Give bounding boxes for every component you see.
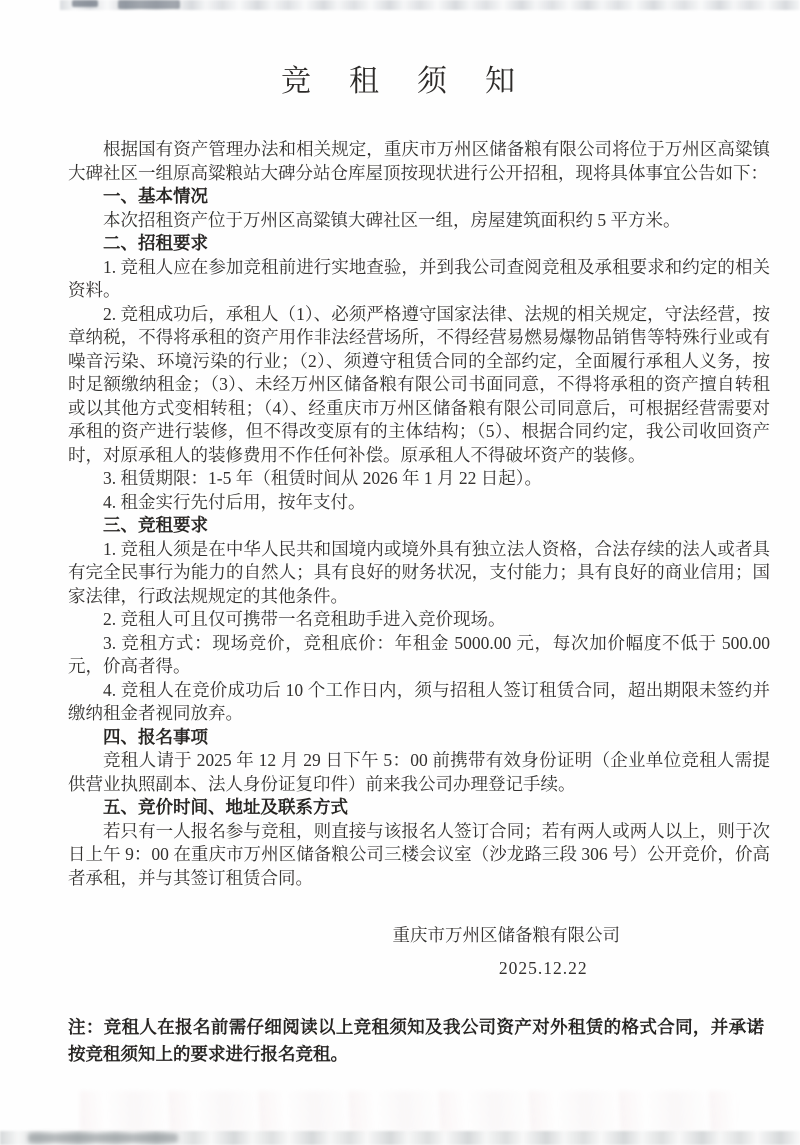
section-1-paragraph: 本次招租资产位于万州区高粱镇大碑社区一组，房屋建筑面积约 5 平方米。 <box>68 209 770 233</box>
intro-paragraph: 根据国有资产管理办法和相关规定，重庆市万州区储备粮有限公司将位于万州区高粱镇大碑… <box>68 138 770 185</box>
section-2-item-2: 2. 竞租成功后，承租人（1）、必须严格遵守国家法律、法规的相关规定，守法经营，… <box>68 303 770 468</box>
section-2-item-1: 1. 竞租人应在参加竞租前进行实地查验，并到我公司查阅竞租及承租要求和约定的相关… <box>68 256 770 303</box>
scan-artifact-noise <box>80 1091 740 1131</box>
section-2-item-4: 4. 租金实行先付后用，按年支付。 <box>68 491 770 515</box>
document-title: 竞 租 须 知 <box>0 62 800 102</box>
section-3-item-3: 3. 竞租方式：现场竞价，竞租底价：年租金 5000.00 元，每次加价幅度不低… <box>68 632 770 679</box>
section-2-heading: 二、招租要求 <box>68 232 770 256</box>
document-body: 根据国有资产管理办法和相关规定，重庆市万州区储备粮有限公司将位于万州区高粱镇大碑… <box>0 138 800 890</box>
scan-artifact-smudge <box>72 0 98 7</box>
section-3-item-1: 1. 竞租人须是在中华人民共和国境内或境外具有独立法人资格，合法存续的法人或者具… <box>68 538 770 609</box>
signature-company-text: 重庆市万州区储备粮有限公司 <box>393 924 621 948</box>
section-4-heading: 四、报名事项 <box>68 726 770 750</box>
scanned-document-page: { "page": { "background": "#fefefe", "in… <box>0 0 800 1145</box>
signature-block: 重庆市万州区储备粮有限公司 2025.12.22 <box>0 924 620 980</box>
section-4-paragraph: 竞租人请于 2025 年 12 月 29 日下午 5：00 前携带有效身份证明（… <box>68 749 770 796</box>
section-3-item-4: 4. 竞租人在竞价成功后 10 个工作日内，须与招租人签订租赁合同，超出期限未签… <box>68 679 770 726</box>
section-3-heading: 三、竞租要求 <box>68 514 770 538</box>
section-1-heading: 一、基本情况 <box>68 185 770 209</box>
scan-artifact-smudge <box>28 1133 178 1143</box>
section-5-paragraph: 若只有一人报名参与竞租，则直接与该报名人签订合同；若有两人或两人以上，则于次日上… <box>68 820 770 891</box>
footer-note: 注：竞租人在报名前需仔细阅读以上竞租须知及我公司资产对外租赁的格式合同，并承诺按… <box>0 1014 800 1068</box>
section-2-item-3: 3. 租赁期限：1-5 年（租赁时间从 2026 年 1 月 22 日起）。 <box>68 467 770 491</box>
signature-company-name: 重庆市万州区储备粮有限公司 2025.12.22 <box>393 924 621 980</box>
section-3-item-2: 2. 竞租人可且仅可携带一名竞租助手进入竞价现场。 <box>68 608 770 632</box>
signature-date: 2025.12.22 <box>393 957 621 981</box>
section-5-heading: 五、竞价时间、地址及联系方式 <box>68 796 770 820</box>
scan-artifact-smudge <box>118 0 180 9</box>
